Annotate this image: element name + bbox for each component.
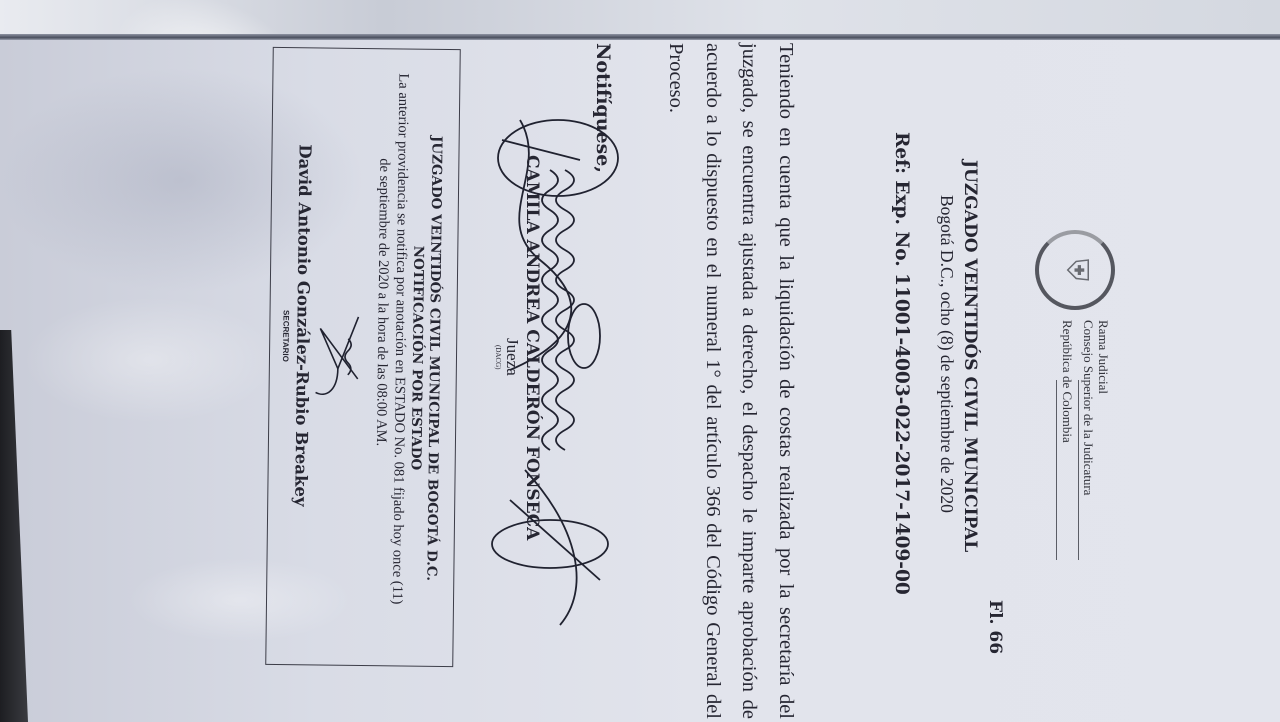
colombia-coat-of-arms-icon: ⛨: [1053, 252, 1099, 288]
folio-number: Fl. 66: [985, 600, 1005, 654]
org-line-republica: República de Colombia: [1060, 320, 1075, 443]
logo-emblem: ⛨: [1035, 230, 1115, 310]
judge-initials: (DACG): [494, 345, 502, 370]
judge-name: CAMILA ANDREA CALDERÓN FONSECA: [522, 155, 542, 540]
notification-stamp: JUZGADO VEINTIDÓS CIVIL MUNICIPAL DE BOG…: [265, 47, 461, 667]
secretary-role: SECRETARIO: [281, 310, 291, 362]
judge-role: Jueza: [502, 338, 522, 376]
document-page-rotated: ⛨ Rama Judicial Consejo Superior de la J…: [0, 40, 1180, 722]
court-date: Bogotá D.C., ocho (8) de septiembre de 2…: [936, 195, 957, 513]
org-divider: [1078, 380, 1079, 560]
body-paragraph: Teniendo en cuenta que la liquidación de…: [658, 43, 804, 719]
court-title: JUZGADO VEINTIDÓS CIVIL MUNICIPAL: [960, 160, 980, 552]
reference-number: Ref: Exp. No. 11001-4003-022-2017-1409-0…: [891, 132, 912, 595]
org-line-consejo: Consejo Superior de la Judicatura: [1081, 320, 1096, 495]
stamp-court: JUZGADO VEINTIDÓS CIVIL MUNICIPAL DE BOG…: [423, 136, 444, 581]
secretary-signature: [309, 308, 368, 409]
secretary-name: David Antonio González-Rubio Breakey: [291, 144, 314, 507]
stamp-title: NOTIFICACIÓN POR ESTADO: [408, 246, 427, 471]
stamp-text-2: de septiembre de 2020 a la hora de las 0…: [372, 158, 393, 446]
judge-signature: [480, 110, 620, 630]
stamp-text-1: La anterior providencia se notifica por …: [388, 73, 411, 604]
org-line-rama-judicial: Rama Judicial: [1096, 320, 1111, 394]
org-divider-2: [1056, 380, 1057, 560]
